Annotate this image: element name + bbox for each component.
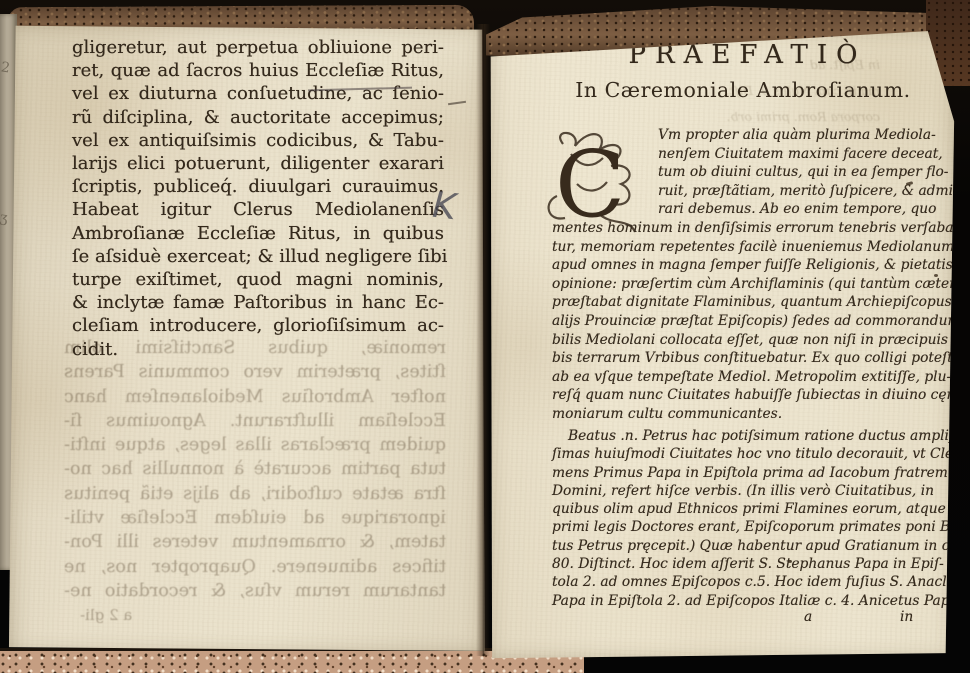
open-book-photo: 2 ʒ remoniæ, quibus Sanctiſsimi olimſtit…: [0, 0, 970, 673]
text-line: tur, memoriam repetentes facilè inueniem…: [552, 238, 934, 257]
text-line: vel ex diuturna conſuetudine, ac ſenio-: [72, 82, 444, 105]
edge-handwritten-mark-1: 2: [0, 59, 11, 76]
text-line: alijs Prouinciæ præſtat Epiſcopis) ſedes…: [552, 312, 934, 331]
text-line: ruit, præſtãtiam, meritò ſuſpicere, & ad…: [658, 182, 934, 201]
text-line: rari debemus. Ab eo enim tempore, quo: [658, 200, 934, 219]
text-line: tus Petrus pręcepit.) Quæ habentur apud …: [552, 537, 934, 555]
text-line: ſtra ætate cuſtodiri, ab alijs etiã peni…: [64, 482, 446, 506]
text-line: bis terrarum Vrbibus conſtituebatur. Ex …: [552, 349, 934, 368]
text-line: & inclytæ famæ Paſtoribus in hanc Ec-: [72, 291, 444, 314]
text-line: turpe exiſtimet, quod magni nominis,: [72, 268, 444, 291]
text-line: vel ex antiquiſsimis codicibus, & Tabu-: [72, 129, 444, 152]
pen-dash-mark: [448, 101, 466, 105]
text-line: Domini, refert hiſce verbis. (In illis v…: [552, 482, 934, 500]
text-line: larijs elici potuerunt, diligenter exara…: [72, 152, 444, 175]
book-gutter: [476, 24, 490, 656]
text-line: gligeretur, aut perpetua obliuione peri-: [72, 36, 444, 59]
text-line: mentes hominum in denſiſsimis errorum te…: [552, 219, 934, 238]
ink-speck: [934, 274, 938, 277]
text-line: tum ob diuini cultus, qui in ea ſemper f…: [658, 163, 934, 182]
text-line: bilis Mediolani collocata eſſet, quæ non…: [552, 331, 934, 350]
text-line: opinione: præſertim cùm Archiflaminis (q…: [552, 275, 934, 294]
edge-handwritten-mark-2: ʒ: [0, 209, 9, 226]
text-line: ignorarique ad eiuſdem Eccleſiæ vtili-: [64, 506, 446, 530]
text-line: cidit.: [72, 338, 444, 361]
text-line: ſcriptis, publiceq́. diuulgari curauimus…: [72, 175, 444, 198]
signature-line: a in: [552, 608, 934, 628]
text-line: ſimas huiuſmodi Ciuitates hoc vno titulo…: [552, 445, 934, 463]
text-line: Eccleſiam illuſtrarunt. Agnouimus ſi-: [64, 409, 446, 433]
text-line: ret, quæ ad ſacros huius Eccleſiæ Ritus,: [72, 59, 444, 82]
text-line: Habeat igitur Clerus Mediolanenſis: [72, 198, 444, 221]
text-line: cleſiam introducere, glorioſiſsimum ac-: [72, 314, 444, 337]
left-page-text: gligeretur, aut perpetua obliuione peri-…: [72, 36, 444, 361]
text-line: tifices adinuenere. Quapropter nos, ne: [64, 555, 446, 579]
text-line: Ambroſianæ Eccleſiæ Ritus, in quibus: [72, 222, 444, 245]
text-line: primi legis Doctores erant, Epiſcoporum …: [552, 518, 934, 536]
text-line: quidem præclaras illas leges, atque inſt…: [64, 433, 446, 457]
catchword: in: [900, 608, 913, 627]
left-page: remoniæ, quibus Sanctiſsimi olimſtites, …: [8, 22, 486, 656]
paragraph1-full-lines: mentes hominum in denſiſsimis errorum te…: [552, 219, 934, 424]
paragraph1-indented-lines: Vm propter alia quàm plurima Mediola-nen…: [658, 126, 934, 219]
page-subheading: In Cæremoniale Ambroſianum.: [552, 78, 934, 102]
text-line: ab ea vſque tempeſtate Mediol. Metropoli…: [552, 368, 934, 387]
text-line: præſtabat dignitate Flaminibus, quantum …: [552, 293, 934, 312]
paragraph2-lines: Beatus .n. Petrus hac potiſsimum ratione…: [552, 427, 934, 610]
text-line: tatem, & ornamentum veteres illi Pon-: [64, 530, 446, 554]
text-line: ſtites, præterim vero communis Parens: [64, 360, 446, 384]
text-line: Beatus .n. Petrus hac potiſsimum ratione…: [552, 427, 934, 445]
ink-speck: [788, 560, 792, 563]
text-line: moniarum cultu communicantes.: [552, 405, 934, 424]
text-line: tola 2. ad omnes Epiſcopos c.5. Hoc idem…: [552, 573, 934, 591]
text-line: noſter Ambroſius Mediolanenſem hanc: [64, 385, 446, 409]
text-line: ſe aſsiduè exerceat; & illud negligere ſ…: [72, 245, 444, 268]
text-line: quibus olim apud Ethnicos primi Flamines…: [552, 500, 934, 518]
text-line: Vm propter alia quàm plurima Mediola-: [658, 126, 934, 145]
text-line: nenſem Ciuitatem maximi facere deceat,: [658, 145, 934, 164]
text-line: mens Primus Papa in Epiſtola prima ad Ia…: [552, 464, 934, 482]
bleedthrough-text: remoniæ, quibus Sanctiſsimi olimſtites, …: [64, 336, 446, 628]
text-line: tuta partim accuratè à nonnullis hac no-: [64, 457, 446, 481]
text-line: reſq́ quam nunc Ciuitates habuiſſe ſubie…: [552, 386, 934, 405]
text-line: apud omnes in magna ſemper fuiſſe Religi…: [552, 256, 934, 275]
text-line: a 2 gli-: [64, 603, 446, 627]
text-line: rũ diſciplina, & auctoritate accepimus;: [72, 106, 444, 129]
text-line: tantarum rerum vſus, & recordatio ne-: [64, 579, 446, 603]
right-page: in Epiſt. adma in cap. Nullis 9. Diſt.co…: [486, 26, 956, 662]
signature-mark: a: [804, 608, 812, 627]
text-line: 80. Diſtinct. Hoc idem aſſerit S. Stepha…: [552, 555, 934, 573]
